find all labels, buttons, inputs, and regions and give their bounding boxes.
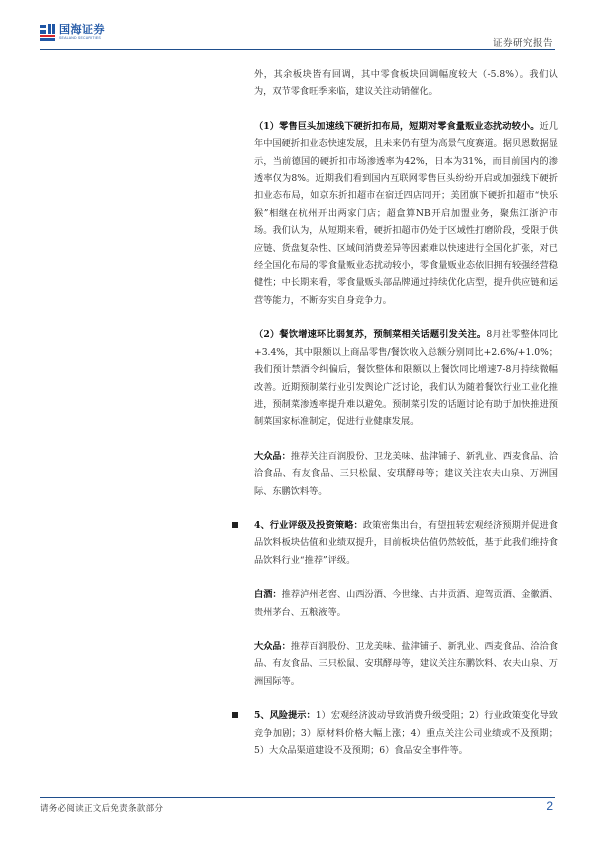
sealand-logo-icon — [40, 24, 55, 41]
page-number: 2 — [546, 799, 553, 813]
disclaimer-note: 请务必阅读正文后免责条款部分 — [40, 802, 163, 814]
mass-food-recommendation-1: 大众品：推荐关注百润股份、卫龙美味、盐津铺子、新乳业、西麦食品、洽洽食品、有友食… — [254, 448, 558, 500]
logo-chinese-name: 国海证券 — [59, 24, 105, 36]
section-2-body: 8月社零整体同比+3.4%，其中限额以上商品零售/餐饮收入总额分别同比+2.6%… — [254, 329, 558, 427]
report-type-label: 证券研究报告 — [493, 35, 553, 49]
section-1-paragraph: （1）零售巨头加速线下硬折扣布局，短期对零食量贩业态扰动较小。近几年中国硬折扣业… — [254, 118, 558, 309]
baijiu-label: 白酒： — [254, 589, 282, 600]
mass-food-body-2: 推荐百润股份、卫龙美味、盐津铺子、新乳业、西麦食品、洽洽食品、有友食品、三只松鼠… — [254, 641, 558, 687]
square-bullet-icon — [232, 522, 238, 528]
mass-food-label-1: 大众品： — [254, 451, 291, 462]
mass-food-recommendation-2: 大众品：推荐百润股份、卫龙美味、盐津铺子、新乳业、西麦食品、洽洽食品、有友食品、… — [254, 638, 558, 690]
page-header: 国海证券 SEALAND SECURITIES 证券研究报告 — [40, 24, 555, 50]
footer-divider — [40, 797, 555, 798]
header-divider — [40, 49, 555, 50]
section-1-heading: （1）零售巨头加速线下硬折扣布局，短期对零食量贩业态扰动较小。 — [254, 121, 540, 132]
logo-english-name: SEALAND SECURITIES — [59, 36, 105, 41]
section-4-block: 4、行业评级及投资策略：政策密集出台，有望扭转宏观经济预期并促进食品饮料板块估值… — [254, 517, 558, 569]
baijiu-body: 推荐泸州老窖、山西汾酒、今世缘、古井贡酒、迎驾贡酒、金徽酒、贵州茅台、五粮液等。 — [254, 589, 558, 617]
section-5-heading: 5、风险提示： — [254, 710, 316, 721]
section-4-heading: 4、行业评级及投资策略： — [254, 520, 363, 531]
section-5-paragraph: 5、风险提示：1）宏观经济波动导致消费升级受阻；2）行业政策变化导致竞争加剧；3… — [254, 707, 558, 759]
baijiu-recommendation: 白酒：推荐泸州老窖、山西汾酒、今世缘、古井贡酒、迎驾贡酒、金徽酒、贵州茅台、五粮… — [254, 586, 558, 621]
mass-food-label-2: 大众品： — [254, 641, 291, 652]
section-2-paragraph: （2）餐饮增速环比弱复苏，预制菜相关话题引发关注。8月社零整体同比+3.4%，其… — [254, 326, 558, 430]
section-4-paragraph: 4、行业评级及投资策略：政策密集出台，有望扭转宏观经济预期并促进食品饮料板块估值… — [254, 517, 558, 569]
section-5-block: 5、风险提示：1）宏观经济波动导致消费升级受阻；2）行业政策变化导致竞争加剧；3… — [254, 707, 558, 759]
sealand-logo: 国海证券 SEALAND SECURITIES — [40, 24, 105, 41]
section-1-body: 近几年中国硬折扣业态快速发展，且未来仍有望为高景气度赛道。据贝恩数据显示，当前德… — [254, 121, 558, 306]
intro-paragraph: 外，其余板块皆有回调，其中零食板块回调幅度较大（-5.8%）。我们认为，双节零食… — [254, 66, 558, 101]
report-body: 外，其余板块皆有回调，其中零食板块回调幅度较大（-5.8%）。我们认为，双节零食… — [254, 66, 558, 759]
mass-food-body-1: 推荐关注百润股份、卫龙美味、盐津铺子、新乳业、西麦食品、洽洽食品、有友食品、三只… — [254, 451, 558, 497]
section-2-heading: （2）餐饮增速环比弱复苏，预制菜相关话题引发关注。 — [254, 329, 486, 340]
square-bullet-icon — [232, 712, 238, 718]
